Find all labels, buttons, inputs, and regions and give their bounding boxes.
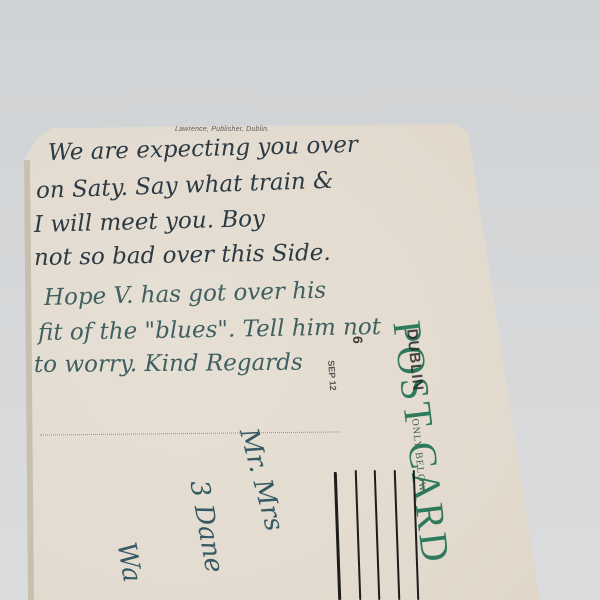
message-line: not so bad over this Side.	[34, 240, 331, 271]
publisher-imprint: Lawrence, Publisher, Dublin.	[175, 126, 269, 133]
message-line: to worry. Kind Regards	[34, 350, 303, 378]
postmark-date: 6	[350, 336, 366, 344]
postmark-date-detail: SEP 12	[326, 360, 338, 391]
